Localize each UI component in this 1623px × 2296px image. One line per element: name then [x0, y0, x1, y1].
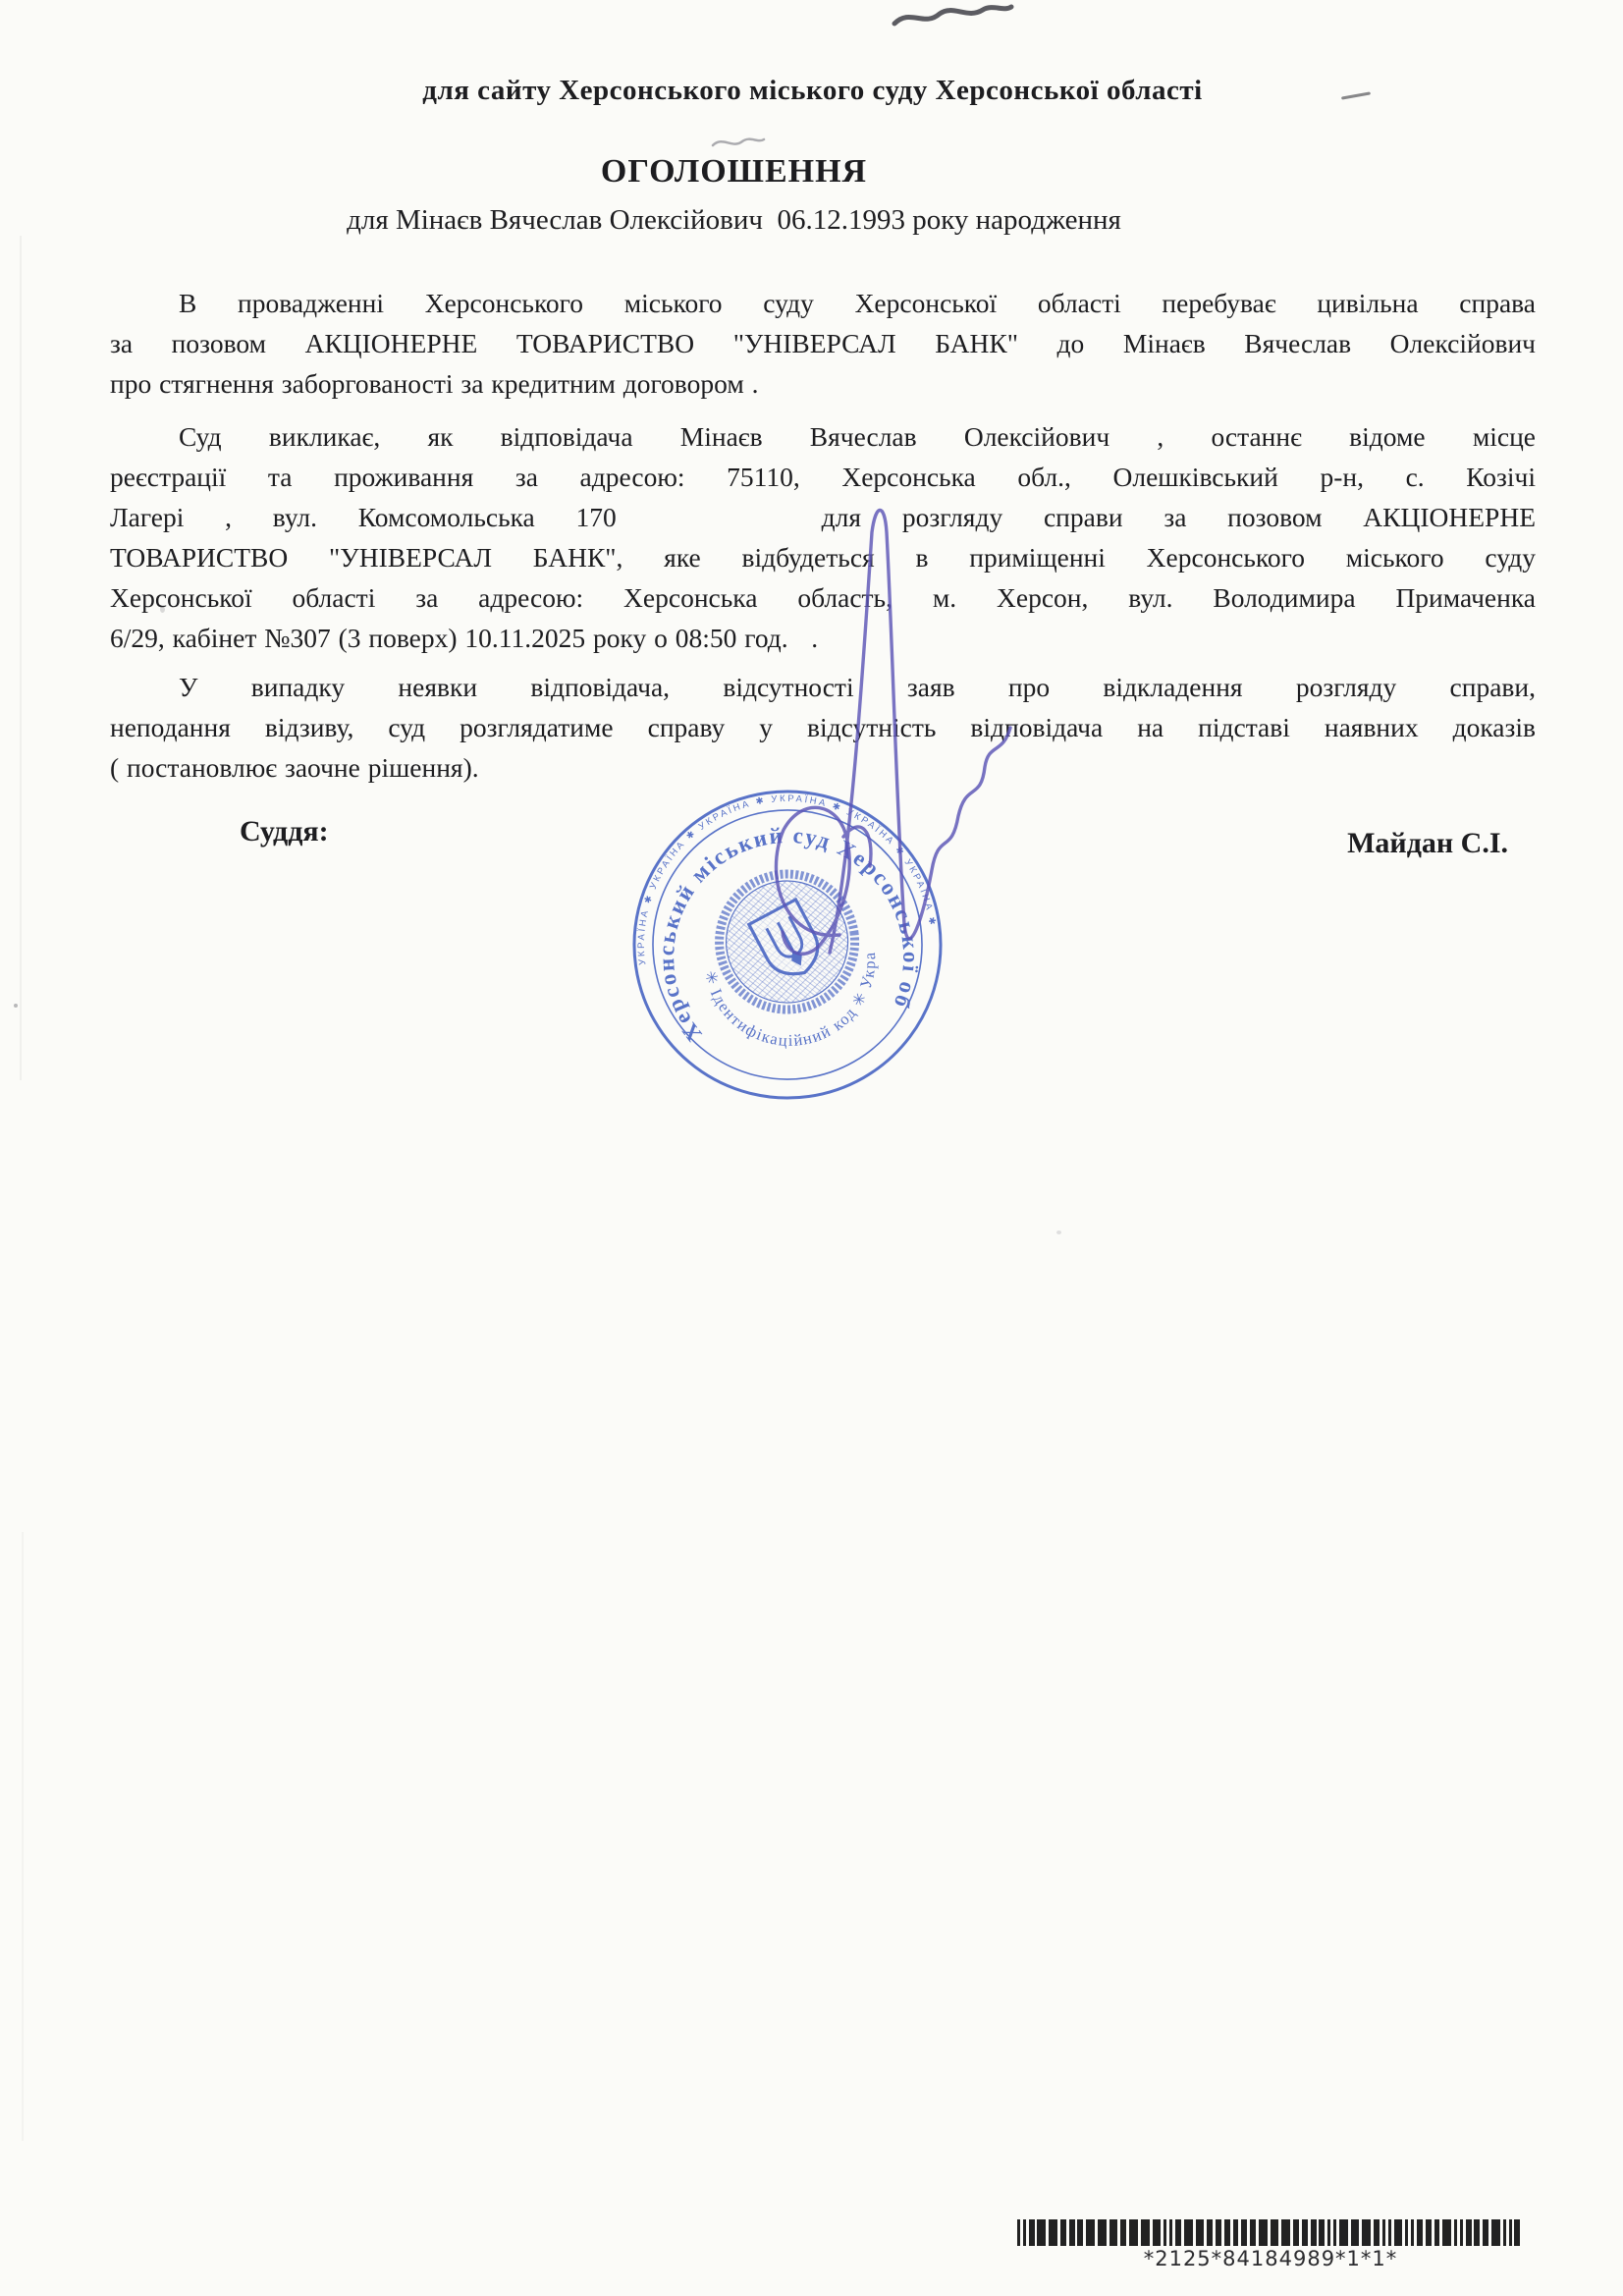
barcode-bar: [1141, 2219, 1150, 2246]
barcode-bar: [1129, 2219, 1138, 2246]
barcode-bar: [1362, 2219, 1371, 2246]
judge-signature: [638, 491, 1031, 1021]
barcode-bar: [1491, 2219, 1500, 2246]
barcode-bar: [1109, 2219, 1118, 2246]
barcode-bar: [1394, 2219, 1403, 2246]
barcode-bar: [1086, 2219, 1095, 2246]
barcode-bar: [1339, 2219, 1348, 2246]
scan-speck: [14, 1004, 18, 1008]
scan-speck: [1056, 1230, 1061, 1234]
barcode-value: *2125*84184989*1*1*: [1017, 2247, 1524, 2270]
pen-scribble-icon: [889, 2, 1016, 35]
barcode-bars: [1017, 2219, 1524, 2246]
paragraph-line: за позовом АКЦІОНЕРНЕ ТОВАРИСТВО "УНІВЕР…: [110, 323, 1536, 363]
barcode-bar: [1271, 2219, 1279, 2246]
pen-squiggle-icon: [709, 132, 768, 153]
subject-line: для Мінаєв Вячеслав Олексійович 06.12.19…: [20, 204, 1448, 237]
paragraph-line: про стягнення заборгованості за кредитни…: [110, 363, 1536, 404]
barcode-bar: [1153, 2219, 1162, 2246]
site-header-line: для сайту Херсонського міського суду Хер…: [98, 75, 1527, 107]
paragraph-line: Суд викликає, як відповідача Мінаєв Вяче…: [110, 416, 1536, 457]
barcode-bar: [1281, 2219, 1290, 2246]
judge-name: Майдан С.І.: [1347, 827, 1508, 860]
barcode-bar: [1196, 2219, 1205, 2246]
barcode: *2125*84184989*1*1*: [1017, 2219, 1524, 2270]
barcode-bar: [1098, 2219, 1107, 2246]
scan-edge-artifact: [22, 1532, 24, 2141]
barcode-bar: [1442, 2219, 1451, 2246]
paragraph-line: В провадженні Херсонського міського суду…: [110, 283, 1536, 323]
barcode-bar: [1351, 2219, 1360, 2246]
page-title: ОГОЛОШЕННЯ: [20, 153, 1448, 191]
barcode-bar: [1184, 2219, 1193, 2246]
barcode-bar: [1037, 2219, 1046, 2246]
barcode-bar: [1049, 2219, 1057, 2246]
scanned-court-announcement: для сайту Херсонського міського суду Хер…: [0, 0, 1623, 2296]
barcode-bar: [1259, 2219, 1268, 2246]
judge-label: Суддя:: [240, 815, 329, 848]
paragraph-gap: [110, 404, 1536, 416]
scan-edge-artifact: [20, 236, 22, 1080]
